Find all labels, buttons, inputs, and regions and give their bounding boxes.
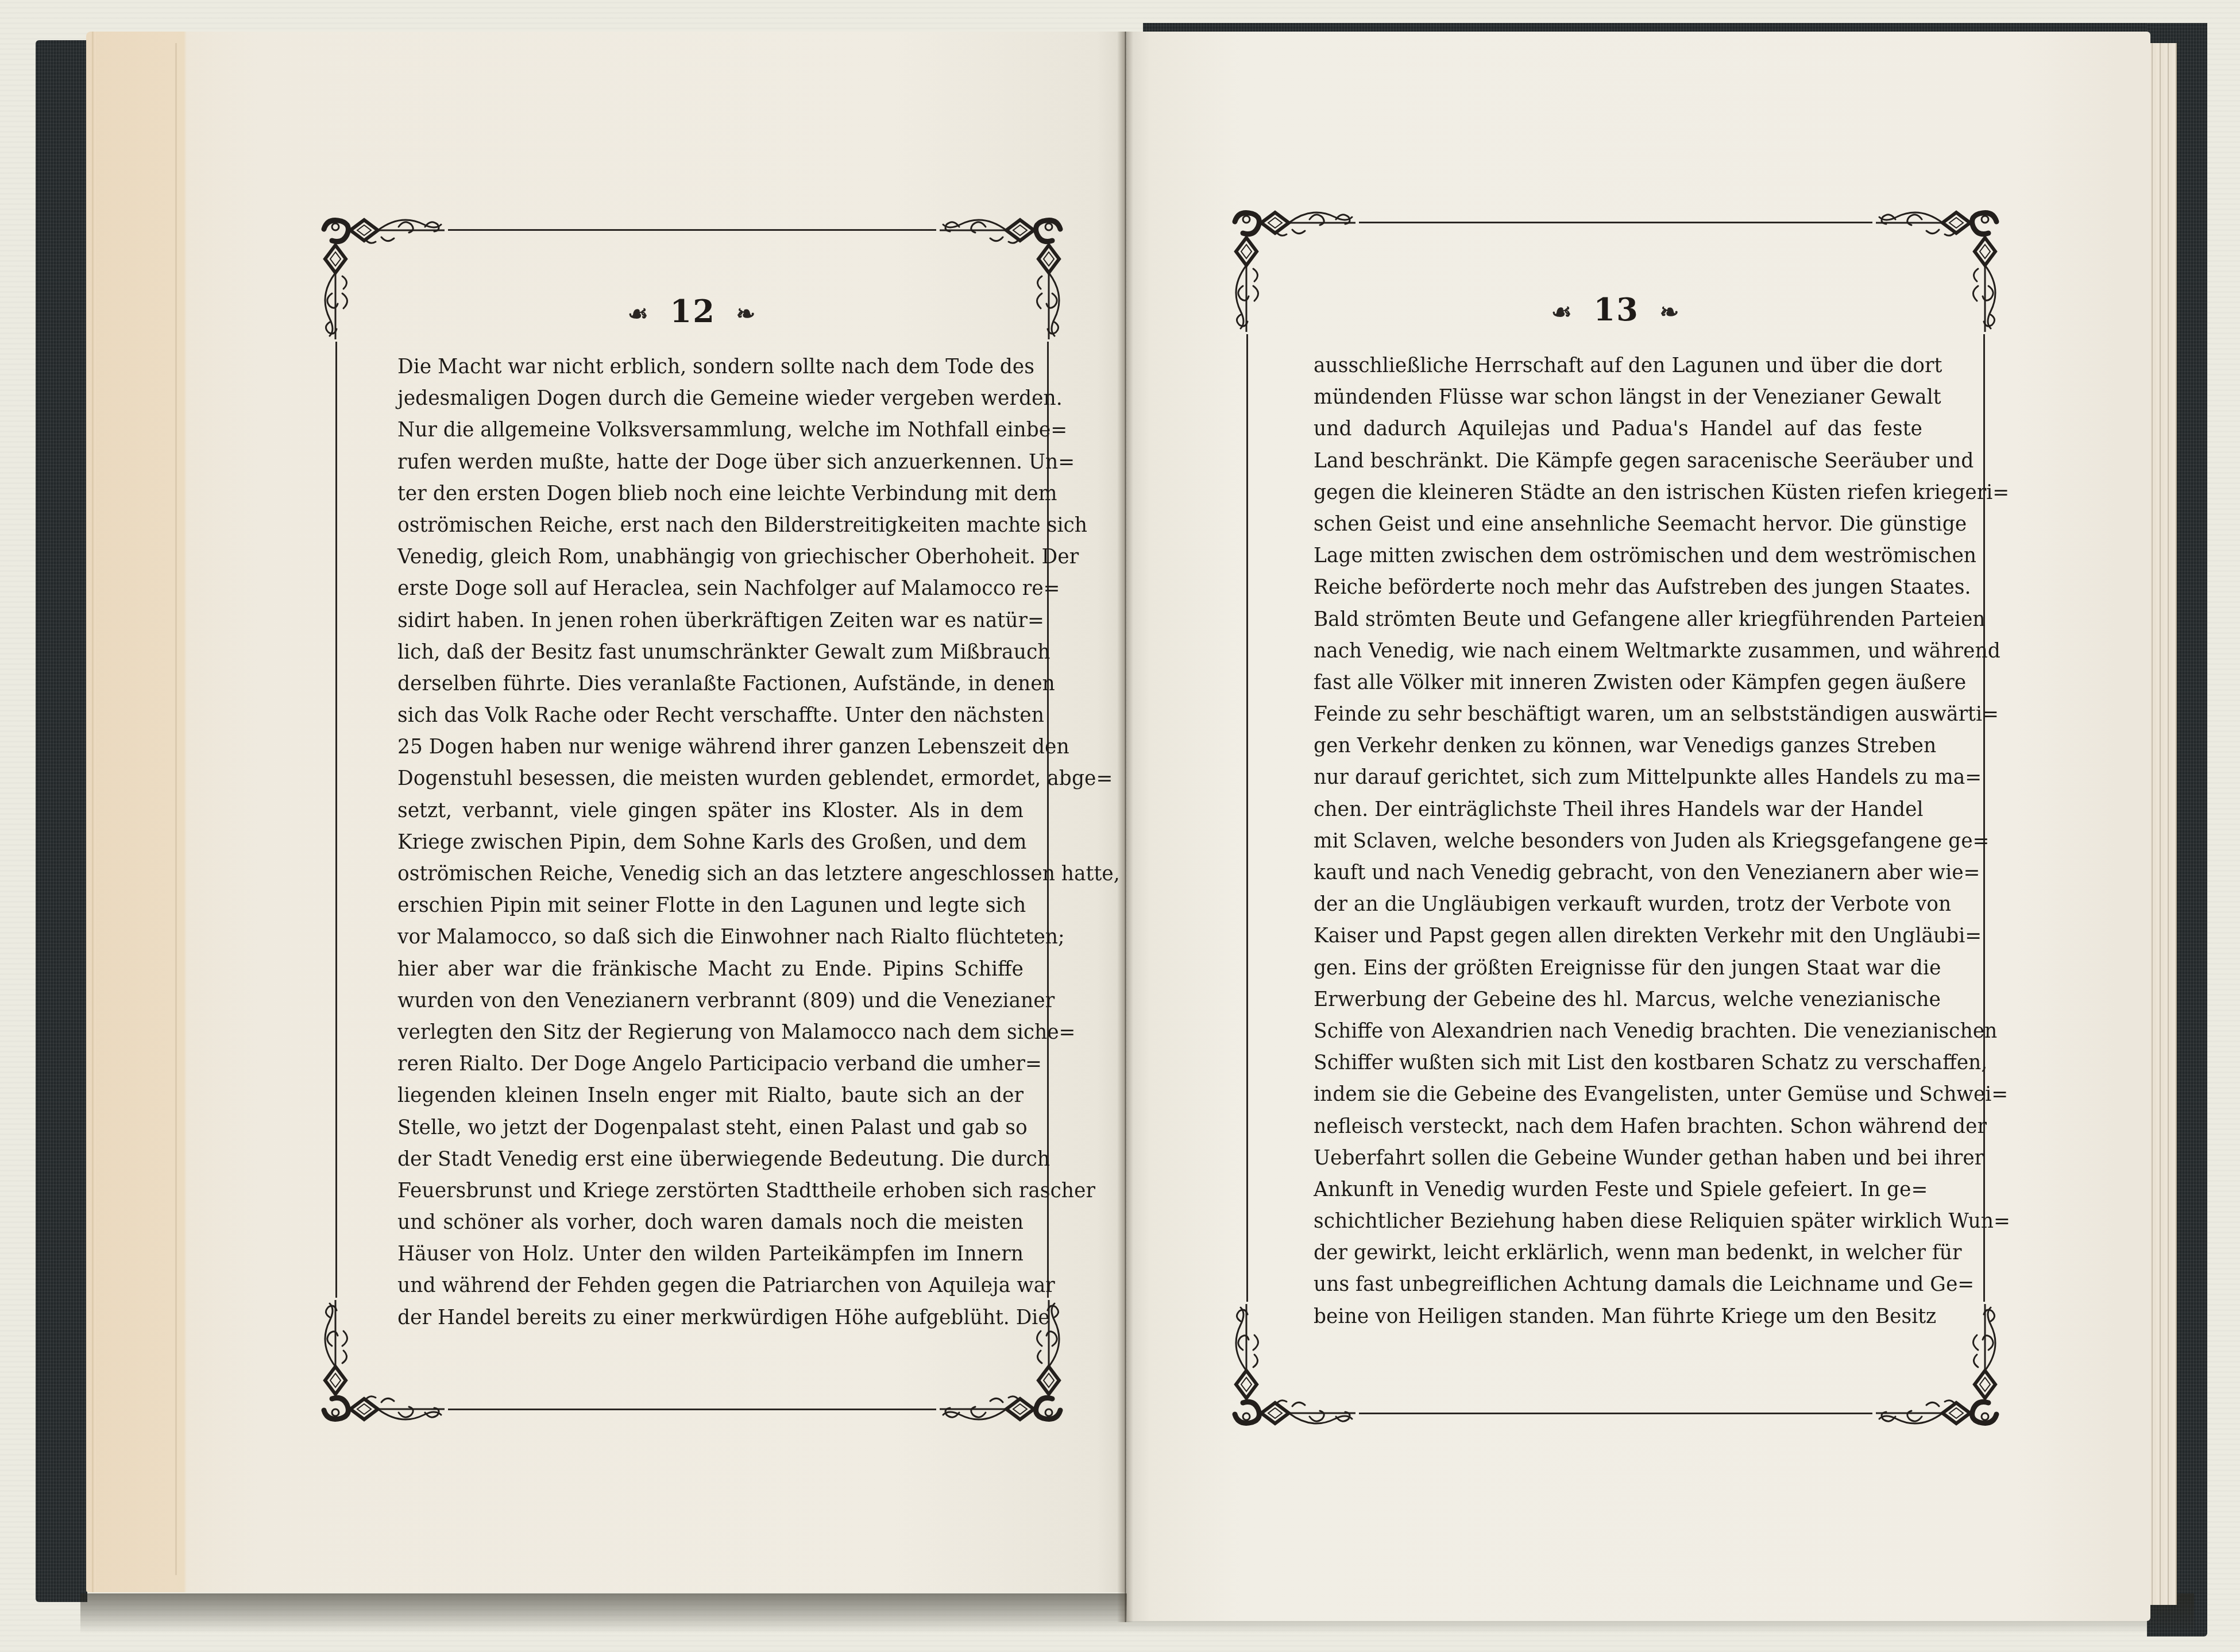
- text-line: schichtlicher Beziehung haben diese Reli…: [1314, 1206, 1922, 1237]
- text-line: nach Venedig, wie nach einem Weltmarkte …: [1314, 636, 1922, 667]
- text-line: jedesmaligen Dogen durch die Gemeine wie…: [397, 383, 1024, 415]
- left-page-body-text: Die Macht war nicht erblich, sondern sol…: [397, 351, 1024, 1334]
- text-line: verlegten den Sitz der Regierung von Mal…: [397, 1017, 1024, 1049]
- text-line: und während der Fehden gegen die Patriar…: [397, 1270, 1024, 1302]
- frame-top-rule: [1359, 222, 1872, 223]
- text-line: erste Doge soll auf Heraclea, sein Nachf…: [397, 573, 1024, 605]
- text-line: der gewirkt, leicht erklärlich, wenn man…: [1314, 1237, 1922, 1269]
- text-line: gen Verkehr denken zu können, war Venedi…: [1314, 730, 1922, 762]
- text-line: der Handel bereits zu einer merkwürdigen…: [397, 1302, 1024, 1334]
- text-line: wurden von den Venezianern verbrannt (80…: [397, 985, 1024, 1017]
- text-line: Häuser von Holz. Unter den wilden Partei…: [397, 1239, 1024, 1270]
- text-line: schen Geist und eine ansehnliche Seemach…: [1314, 509, 1922, 540]
- text-line: setzt, verbannt, viele gingen später ins…: [397, 795, 1024, 827]
- right-page-body-text: ausschließliche Herrschaft auf den Lagun…: [1314, 350, 1922, 1333]
- text-line: kauft und nach Venedig gebracht, von den…: [1314, 857, 1922, 889]
- frame-top-rule: [448, 229, 936, 231]
- page-edges-stack: [2148, 43, 2177, 1605]
- text-line: sich das Volk Rache oder Recht verschaff…: [397, 700, 1024, 732]
- text-line: der an die Ungläubigen verkauft wurden, …: [1314, 889, 1922, 920]
- text-line: Land beschränkt. Die Kämpfe gegen sarace…: [1314, 446, 1922, 477]
- text-line: Lage mitten zwischen dem oströmischen un…: [1314, 540, 1922, 572]
- text-line: oströmischen Reiche, erst nach den Bilde…: [397, 510, 1024, 541]
- fleuron-left-icon: ☙: [628, 300, 650, 327]
- text-line: Nur die allgemeine Volksversammlung, wel…: [397, 415, 1024, 446]
- text-line: Venedig, gleich Rom, unabhängig von grie…: [397, 541, 1024, 573]
- text-line: reren Rialto. Der Doge Angelo Participac…: [397, 1049, 1024, 1080]
- text-line: vor Malamocco, so daß sich die Einwohner…: [397, 922, 1024, 953]
- text-line: oströmischen Reiche, Venedig sich an das…: [397, 858, 1024, 890]
- text-line: uns fast unbegreiflichen Achtung damals …: [1314, 1269, 1922, 1301]
- text-line: ter den ersten Dogen blieb noch eine lei…: [397, 478, 1024, 510]
- frame-bottom-rule: [1359, 1413, 1872, 1414]
- text-line: Schiffer wußten sich mit List den kostba…: [1314, 1047, 1922, 1079]
- text-line: 25 Dogen haben nur wenige während ihrer …: [397, 732, 1024, 763]
- text-line: ausschließliche Herrschaft auf den Lagun…: [1314, 350, 1922, 382]
- text-line: nur darauf gerichtet, sich zum Mittelpun…: [1314, 762, 1922, 794]
- text-line: gen. Eins der größten Ereignisse für den…: [1314, 953, 1922, 984]
- text-line: Die Macht war nicht erblich, sondern sol…: [397, 351, 1024, 383]
- text-line: Erwerbung der Gebeine des hl. Marcus, we…: [1314, 984, 1922, 1016]
- fleuron-left-icon: ☙: [1551, 299, 1573, 326]
- text-line: Dogenstuhl besessen, die meisten wurden …: [397, 763, 1024, 795]
- fleuron-right-icon: ❧: [1660, 299, 1681, 326]
- frame-bottom-rule: [448, 1409, 936, 1410]
- text-line: liegenden kleinen Inseln enger mit Rialt…: [397, 1080, 1024, 1112]
- book-gutter: [1117, 32, 1133, 1622]
- text-line: Feinde zu sehr beschäftigt waren, um an …: [1314, 699, 1922, 730]
- text-line: derselben führte. Dies veranlaßte Factio…: [397, 668, 1024, 700]
- text-line: erschien Pipin mit seiner Flotte in den …: [397, 890, 1024, 922]
- text-line: der Stadt Venedig erst eine überwiegende…: [397, 1144, 1024, 1175]
- text-line: fast alle Völker mit inneren Zwisten ode…: [1314, 667, 1922, 699]
- text-line: mit Sclaven, welche besonders von Juden …: [1314, 826, 1922, 857]
- text-line: und dadurch Aquilejas und Padua's Handel…: [1314, 413, 1922, 445]
- text-line: Reiche beförderte noch mehr das Aufstreb…: [1314, 572, 1922, 603]
- page-number: ☙13❧: [1233, 291, 1999, 328]
- text-line: lich, daß der Besitz fast unumschränkter…: [397, 637, 1024, 668]
- text-line: Schiffe von Alexandrien nach Venedig bra…: [1314, 1016, 1922, 1047]
- text-line: Ankunft in Venedig wurden Feste und Spie…: [1314, 1174, 1922, 1206]
- text-line: hier aber war die fränkische Macht zu En…: [397, 954, 1024, 985]
- frame-left-rule: [1246, 334, 1248, 1302]
- text-line: indem sie die Gebeine des Evangelisten, …: [1314, 1079, 1922, 1111]
- text-line: Kriege zwischen Pipin, dem Sohne Karls d…: [397, 827, 1024, 858]
- text-line: Kaiser und Papst gegen allen direkten Ve…: [1314, 920, 1922, 952]
- book-cover-left-edge: [36, 40, 87, 1602]
- frame-left-rule: [335, 342, 337, 1298]
- text-line: Feuersbrunst und Kriege zerstörten Stadt…: [397, 1175, 1024, 1207]
- text-line: Ueberfahrt sollen die Gebeine Wunder get…: [1314, 1143, 1922, 1174]
- text-line: und schöner als vorher, doch waren damal…: [397, 1207, 1024, 1239]
- text-line: mündenden Flüsse war schon längst in der…: [1314, 382, 1922, 413]
- text-line: Stelle, wo jetzt der Dogenpalast steht, …: [397, 1112, 1024, 1144]
- text-line: sidirt haben. In jenen rohen überkräftig…: [397, 605, 1024, 637]
- text-line: beine von Heiligen standen. Man führte K…: [1314, 1301, 1922, 1333]
- text-line: Bald strömten Beute und Gefangene aller …: [1314, 604, 1922, 636]
- text-line: rufen werden mußte, hatte der Doge über …: [397, 447, 1024, 478]
- text-line: chen. Der einträglichste Theil ihres Han…: [1314, 794, 1922, 826]
- page-number: ☙12❧: [322, 293, 1063, 330]
- fleuron-right-icon: ❧: [736, 300, 757, 327]
- text-line: gegen die kleineren Städte an den istris…: [1314, 477, 1922, 509]
- text-line: nefleisch versteckt, nach dem Hafen brac…: [1314, 1111, 1922, 1143]
